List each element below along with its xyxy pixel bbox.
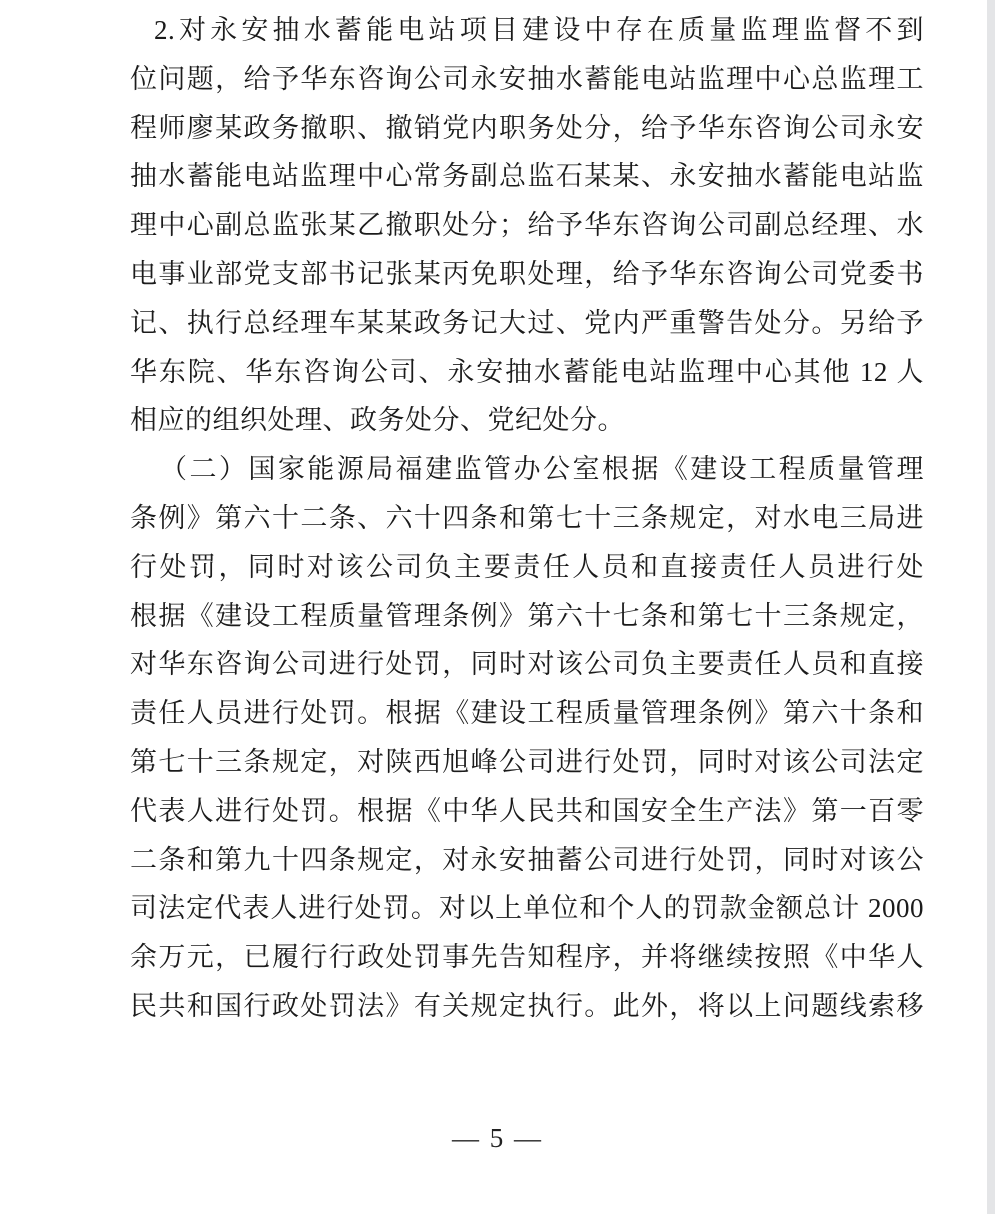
text-line: 位问题，给予华东咨询公司永安抽水蓄能电站监理中心总监理工 bbox=[130, 55, 924, 104]
text-line: 记、执行总经理车某某政务记大过、党内严重警告处分。另给予 bbox=[130, 299, 924, 348]
text-line: 行处罚，同时对该公司负主要责任人员和直接责任人员进行处罚。 bbox=[130, 543, 924, 592]
text-line: 二条和第九十四条规定，对永安抽蓄公司进行处罚，同时对该公 bbox=[130, 836, 924, 885]
text-line: 程师廖某政务撤职、撤销党内职务处分，给予华东咨询公司永安 bbox=[130, 104, 924, 153]
text-line: 代表人进行处罚。根据《中华人民共和国安全生产法》第一百零 bbox=[130, 787, 924, 836]
document-page: 2.对永安抽水蓄能电站项目建设中存在质量监理监督不到 位问题，给予华东咨询公司永… bbox=[0, 0, 995, 1214]
text-line: 余万元，已履行行政处罚事先告知程序，并将继续按照《中华人 bbox=[130, 933, 924, 982]
page-edge-strip bbox=[987, 0, 995, 1214]
page-number: — 5 — bbox=[0, 1118, 995, 1158]
text-line: 第七十三条规定，对陕西旭峰公司进行处罚，同时对该公司法定 bbox=[130, 738, 924, 787]
text-line: 相应的组织处理、政务处分、党纪处分。 bbox=[130, 396, 924, 445]
text-line: 华东院、华东咨询公司、永安抽水蓄能电站监理中心其他 12 人 bbox=[130, 348, 924, 397]
text-line: （二）国家能源局福建监管办公室根据《建设工程质量管理 bbox=[130, 445, 924, 494]
text-line: 电事业部党支部书记张某丙免职处理，给予华东咨询公司党委书 bbox=[130, 250, 924, 299]
text-line: 责任人员进行处罚。根据《建设工程质量管理条例》第六十条和 bbox=[130, 689, 924, 738]
text-line: 理中心副总监张某乙撤职处分；给予华东咨询公司副总经理、水 bbox=[130, 201, 924, 250]
document-body: 2.对永安抽水蓄能电站项目建设中存在质量监理监督不到 位问题，给予华东咨询公司永… bbox=[130, 6, 924, 1031]
text-line: 2.对永安抽水蓄能电站项目建设中存在质量监理监督不到 bbox=[130, 6, 924, 55]
text-line: 条例》第六十二条、六十四条和第七十三条规定，对水电三局进 bbox=[130, 494, 924, 543]
text-line: 根据《建设工程质量管理条例》第六十七条和第七十三条规定， bbox=[130, 592, 924, 641]
text-line: 民共和国行政处罚法》有关规定执行。此外，将以上问题线索移 bbox=[130, 982, 924, 1031]
text-line: 抽水蓄能电站监理中心常务副总监石某某、永安抽水蓄能电站监 bbox=[130, 152, 924, 201]
text-line: 对华东咨询公司进行处罚，同时对该公司负主要责任人员和直接 bbox=[130, 640, 924, 689]
text-line: 司法定代表人进行处罚。对以上单位和个人的罚款金额总计 2000 bbox=[130, 884, 924, 933]
